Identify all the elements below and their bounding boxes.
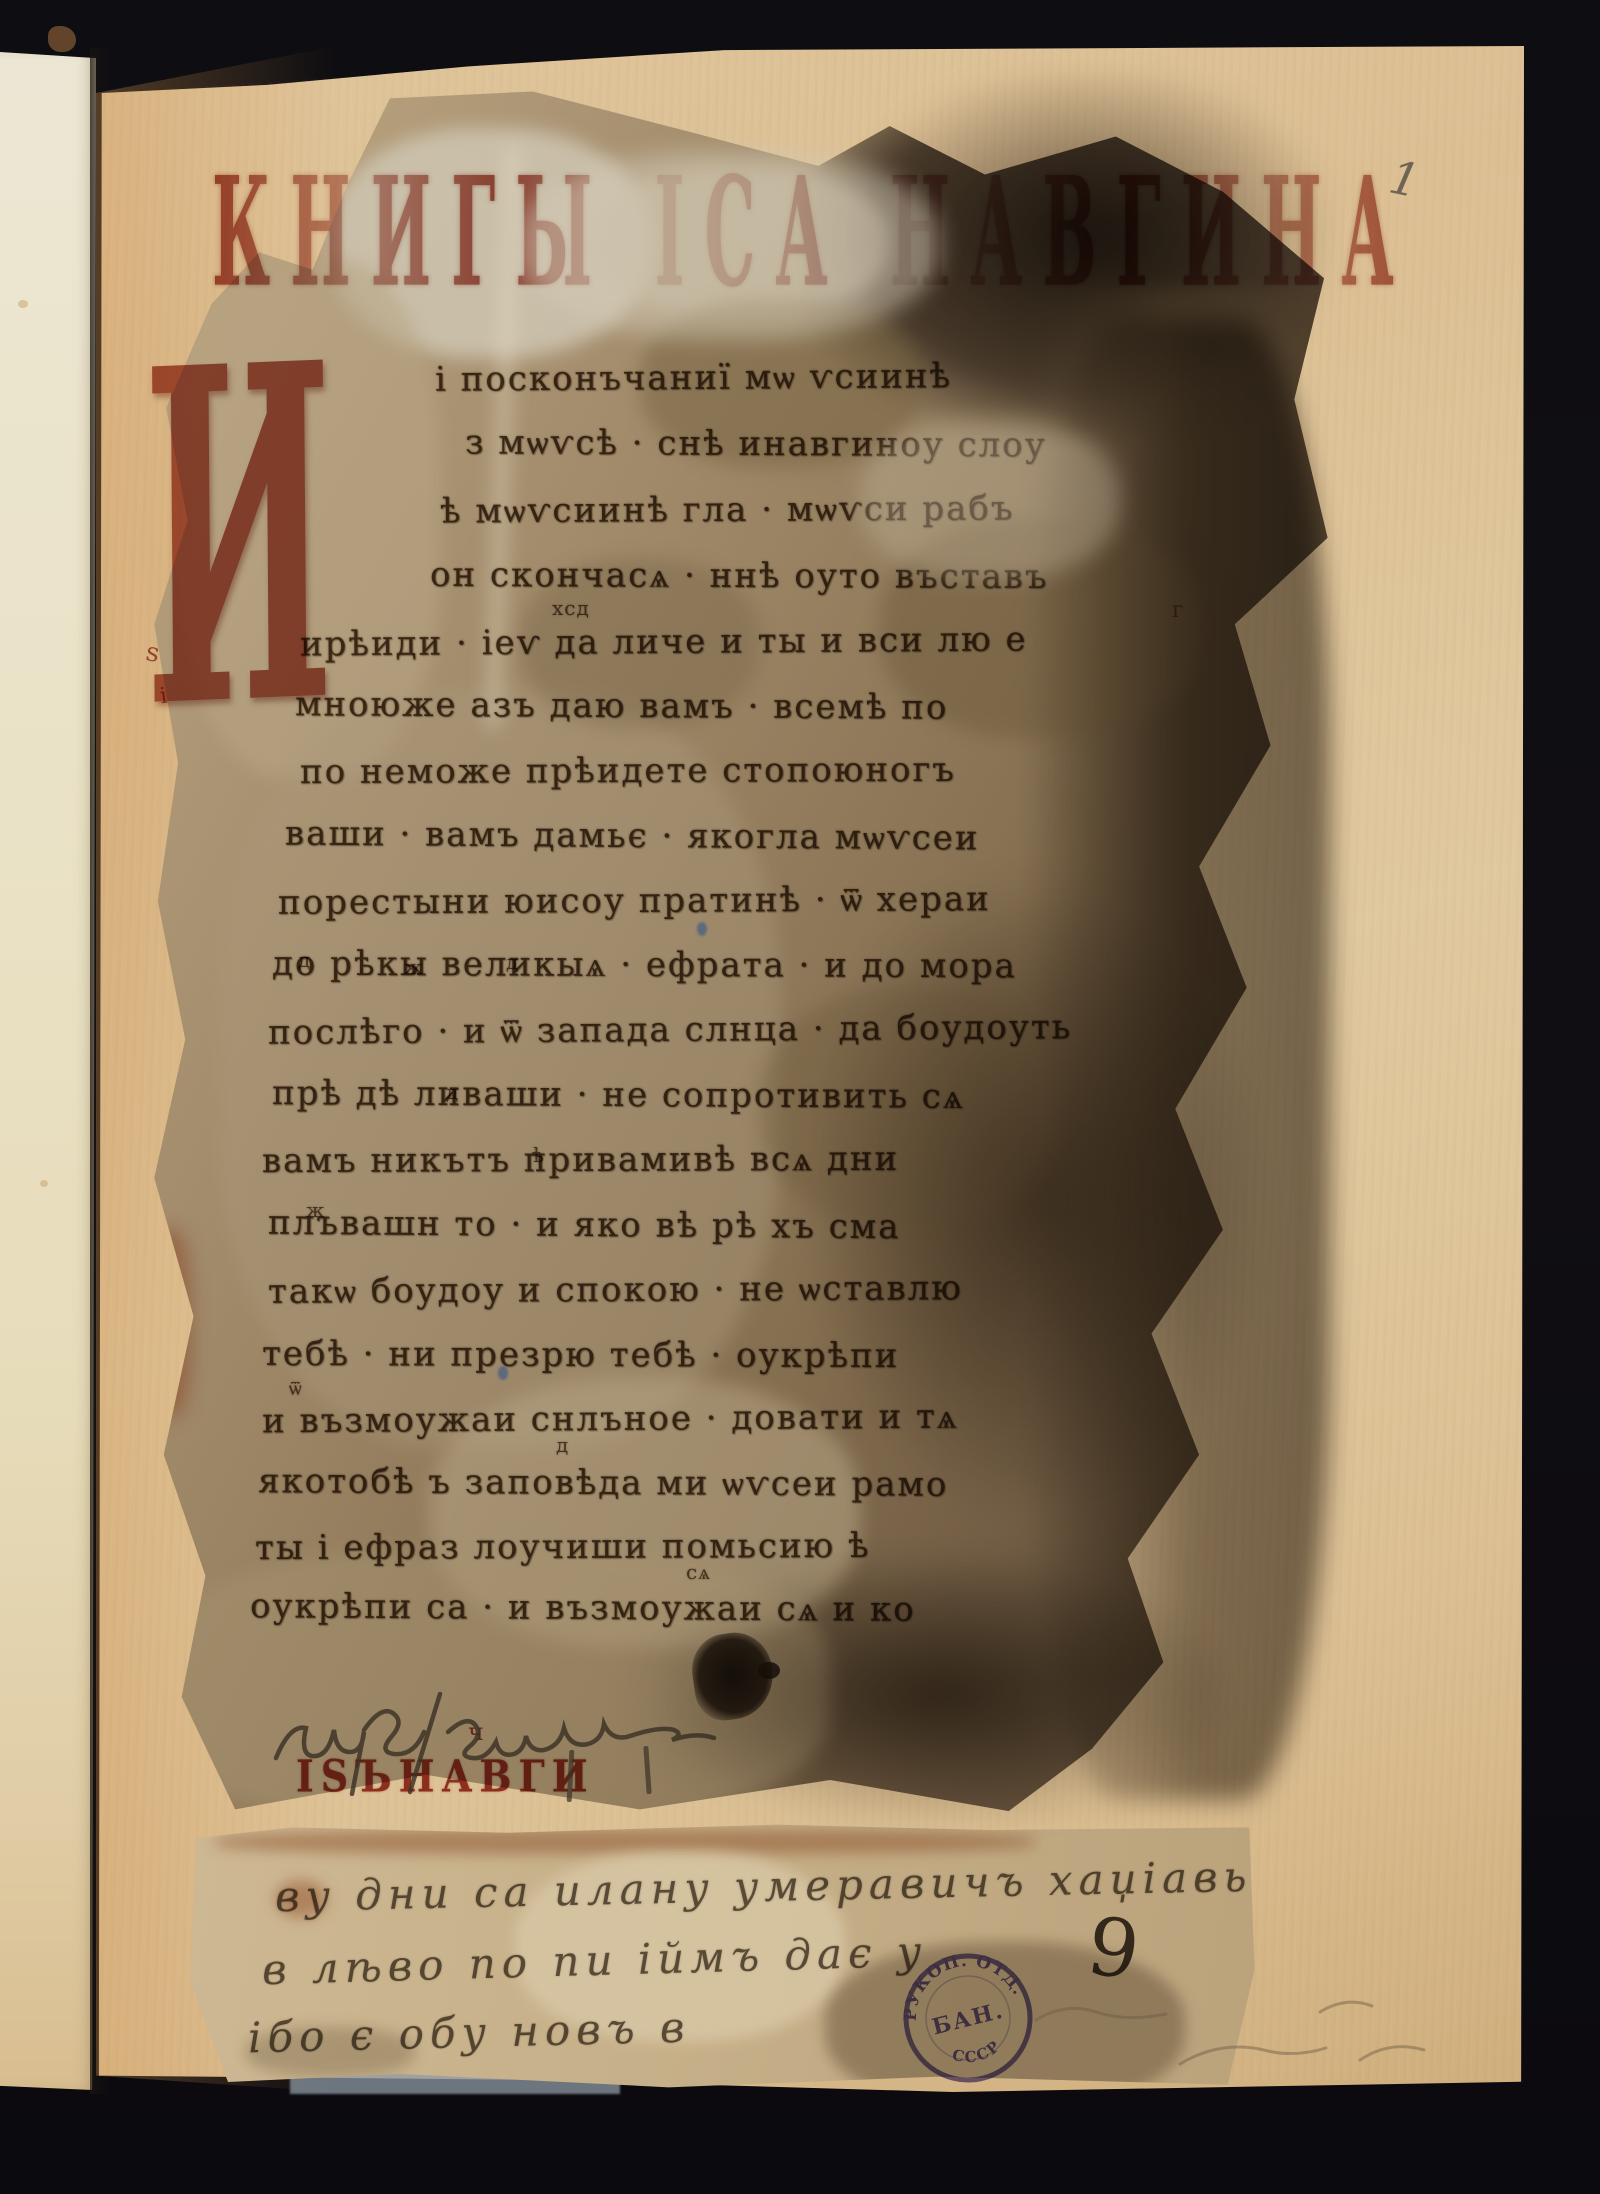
- blue-speck: [697, 922, 707, 936]
- superscript-gloss: ѿ: [289, 1376, 303, 1401]
- superscript-gloss: д: [298, 948, 311, 972]
- superscript-gloss: ѣ: [532, 1143, 545, 1167]
- text-line: плъвашн то · и яко вѣ рѣ хъ сма: [268, 1203, 901, 1247]
- superscript-gloss: д: [506, 950, 519, 974]
- text-line: тебѣ · ни презрю тебѣ · оукрѣпи: [262, 1334, 900, 1376]
- washout-patch: [520, 150, 940, 340]
- paper-fleck: [18, 300, 28, 308]
- text-line: якотобѣ ъ заповѣда ми ѡѵсеи рамо: [258, 1461, 949, 1505]
- superscript-gloss: сѧ: [686, 1560, 711, 1585]
- text-line: ваши · вамъ дамьє · якогла мѡѵсеи: [285, 814, 980, 859]
- rubric-initial: И: [142, 264, 335, 812]
- stamp-center: БАН.: [930, 1998, 1007, 2041]
- superscript-gloss: ж: [404, 955, 423, 979]
- washout-patch: [860, 420, 1120, 580]
- superscript-gloss: ж: [306, 1198, 325, 1222]
- text-line: ты і ефраз лоучиши помьсию ѣ: [255, 1526, 871, 1568]
- text-line: вамъ никътъ привамивѣ всѧ дни: [262, 1139, 899, 1181]
- paper-fleck: [40, 1180, 48, 1187]
- grime-overlay: [660, 1570, 1220, 1820]
- facing-page-edge: [0, 52, 96, 2090]
- binding-tab: [48, 26, 76, 52]
- superscript-gloss: д: [446, 1080, 459, 1104]
- text-line: по неможе прѣидете стопоюногъ: [300, 750, 956, 792]
- svg-text:СССР: СССР: [947, 2034, 1007, 2072]
- text-line: порестыни юисоу пратинѣ · ѿ хераи: [278, 879, 991, 923]
- superscript-gloss: хсд: [552, 596, 590, 620]
- stamp-arc-bottom: СССР: [947, 2034, 1007, 2072]
- manuscript-photo: КНИГЫ ІСА НАВГИНА И і посконъчаниї мѡ ѵс…: [0, 0, 1600, 2194]
- text-line: мноюже азъ даю вамъ · всемѣ по: [295, 684, 949, 727]
- grime-overlay: [820, 900, 1260, 1500]
- rust-streak: [215, 1830, 1035, 1854]
- text-line: і посконъчаниї мѡ ѵсиинѣ: [435, 356, 952, 400]
- superscript-gloss: д: [556, 1433, 569, 1457]
- text-line: ирѣиди · іеѵ да личе и ты и вси лю е: [300, 619, 1028, 664]
- faint-scribbles: [1030, 1982, 1460, 2092]
